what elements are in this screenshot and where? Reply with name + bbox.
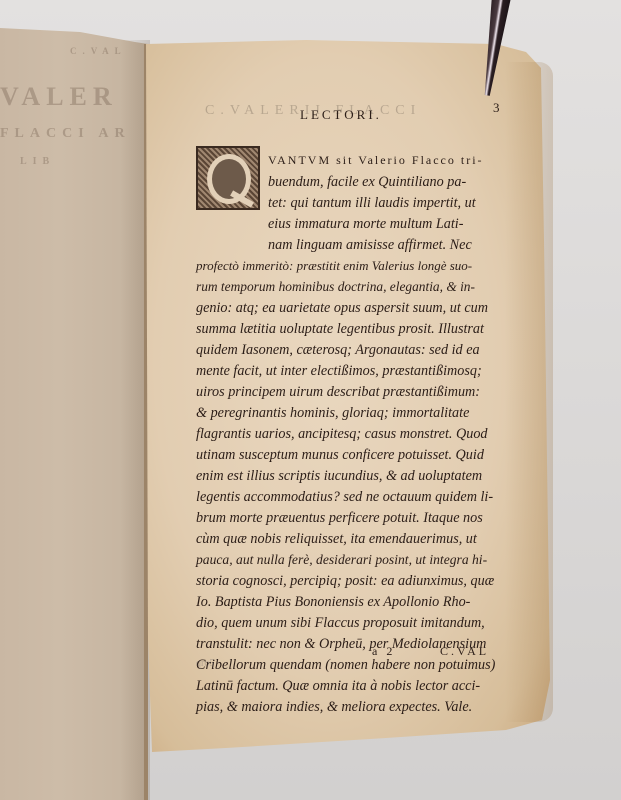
text-line: buendum, facile ex Quintiliano pa- xyxy=(268,172,466,193)
text-line: Io. Baptista Pius Bononiensis ex Apollon… xyxy=(196,592,470,613)
text-line: utinam susceptum munus conficere potuiss… xyxy=(196,445,484,466)
library-stamp: qro5 xyxy=(196,658,214,669)
text-line: pias, & maiora indies, & meliora expecte… xyxy=(196,697,472,718)
text-line: Latinū factum. Quæ omnia ita à nobis lec… xyxy=(196,676,480,697)
left-ghost-line: VALER xyxy=(0,82,118,112)
text-line: enim est illius scriptis iucundius, & ad… xyxy=(196,466,482,487)
text-line: tet: qui tantum illi laudis impertit, ut xyxy=(268,193,476,214)
text-line: mente facit, ut inter electißimos, præst… xyxy=(196,361,482,382)
text-line: flagrantis uarios, ancipitesq; casus mon… xyxy=(196,424,488,445)
text-line: cùm quæ nobis reliquisset, ita emendauer… xyxy=(196,529,477,550)
folio-number: 3 xyxy=(493,100,500,116)
text-line: brum morte præuentus perficere potuit. I… xyxy=(196,508,483,529)
signature-mark: a 2 xyxy=(372,644,395,659)
running-head: LECTORI. xyxy=(300,107,382,123)
text-line: eius immatura morte multum Lati- xyxy=(268,214,463,235)
decorated-initial-q-icon xyxy=(196,146,260,210)
left-ghost-line: LIB xyxy=(20,156,55,167)
text-line: profectò immeritò: præstitit enim Valeri… xyxy=(196,256,472,277)
text-line: summa lætitia uoluptate legentibus prosi… xyxy=(196,319,484,340)
right-page-foxed-edge xyxy=(505,62,553,722)
text-line: storia cognosci, percipiq; posit: ea adi… xyxy=(196,571,494,592)
left-ghost-line: FLACCI AR xyxy=(0,126,131,142)
text-line: uiros principem uirum describat præstant… xyxy=(196,382,480,403)
catchword: C.VAL xyxy=(440,644,489,659)
text-line: rum temporum hominibus doctrina, elegant… xyxy=(196,277,475,298)
text-line: VANTVM sit Valerio Flacco tri- xyxy=(268,153,484,167)
text-line: pauca, aut nulla ferè, desiderari posint… xyxy=(196,550,487,571)
left-ghost-line: C.VAL xyxy=(70,46,127,56)
text-line: & peregrinantis hominis, gloriaq; immort… xyxy=(196,403,469,424)
text-line: legentis accommodatius? sed ne octauum q… xyxy=(196,487,493,508)
text-line: quidem Iasonem, cæterosq; Argonautas: se… xyxy=(196,340,480,361)
text-line: genio: atq; ea uarietate opus aspersit s… xyxy=(196,298,488,319)
text-line: nam linguam amisisse affirmet. Nec xyxy=(268,235,472,256)
text-line: dio, quem unum sibi Flaccus proposuit im… xyxy=(196,613,485,634)
